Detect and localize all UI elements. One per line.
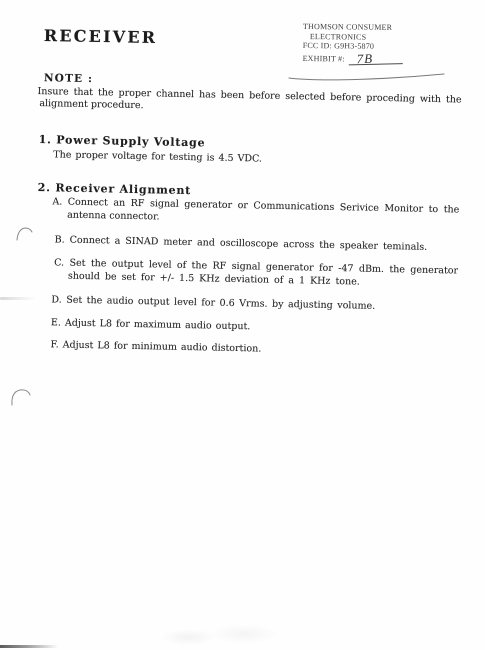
scan-edge-streak [0, 645, 58, 648]
handwritten-exhibit-number: 7B [349, 52, 403, 65]
stamp-exhibit-row: EXHIBIT #: 7B [303, 51, 403, 64]
section1-heading: 1. Power Supply Voltage [39, 133, 206, 149]
margin-pen-mark-icon [9, 387, 33, 409]
scanned-document-page: RECEIVER THOMSON CONSUMER ELECTRONICS FC… [0, 0, 485, 650]
margin-pen-mark-icon [16, 226, 34, 244]
scan-smudge [0, 297, 36, 300]
page-title: RECEIVER [44, 26, 158, 47]
exhibit-label: EXHIBIT #: [303, 54, 345, 64]
section2-heading: 2. Receiver Alignment [38, 181, 192, 197]
fcc-stamp: THOMSON CONSUMER ELECTRONICS FCC ID: G9H… [303, 22, 404, 65]
document-body: NOTE : Insure that the proper channel ha… [32, 72, 462, 380]
stamp-company-line1: THOMSON CONSUMER [303, 22, 403, 33]
stamp-fcc-id: FCC ID: G9H3-5870 [303, 41, 403, 52]
list-item-e: E. Adjust L8 for maximum audio output. [51, 317, 251, 332]
list-item-a-line2: antenna connector. [67, 210, 160, 223]
note-text-line2: alignment procedure. [39, 98, 143, 111]
scan-noise-blob [140, 618, 300, 650]
note-heading: NOTE : [44, 72, 94, 85]
list-item-d: D. Set the audio output level for 0.6 Vr… [51, 294, 375, 311]
list-item-f: F. Adjust L8 for minimum audio distortio… [50, 339, 261, 354]
section1-body: The proper voltage for testing is 4.5 VD… [53, 149, 262, 164]
list-item-b: B. Connect a SINAD meter and oscilloscop… [55, 234, 428, 252]
